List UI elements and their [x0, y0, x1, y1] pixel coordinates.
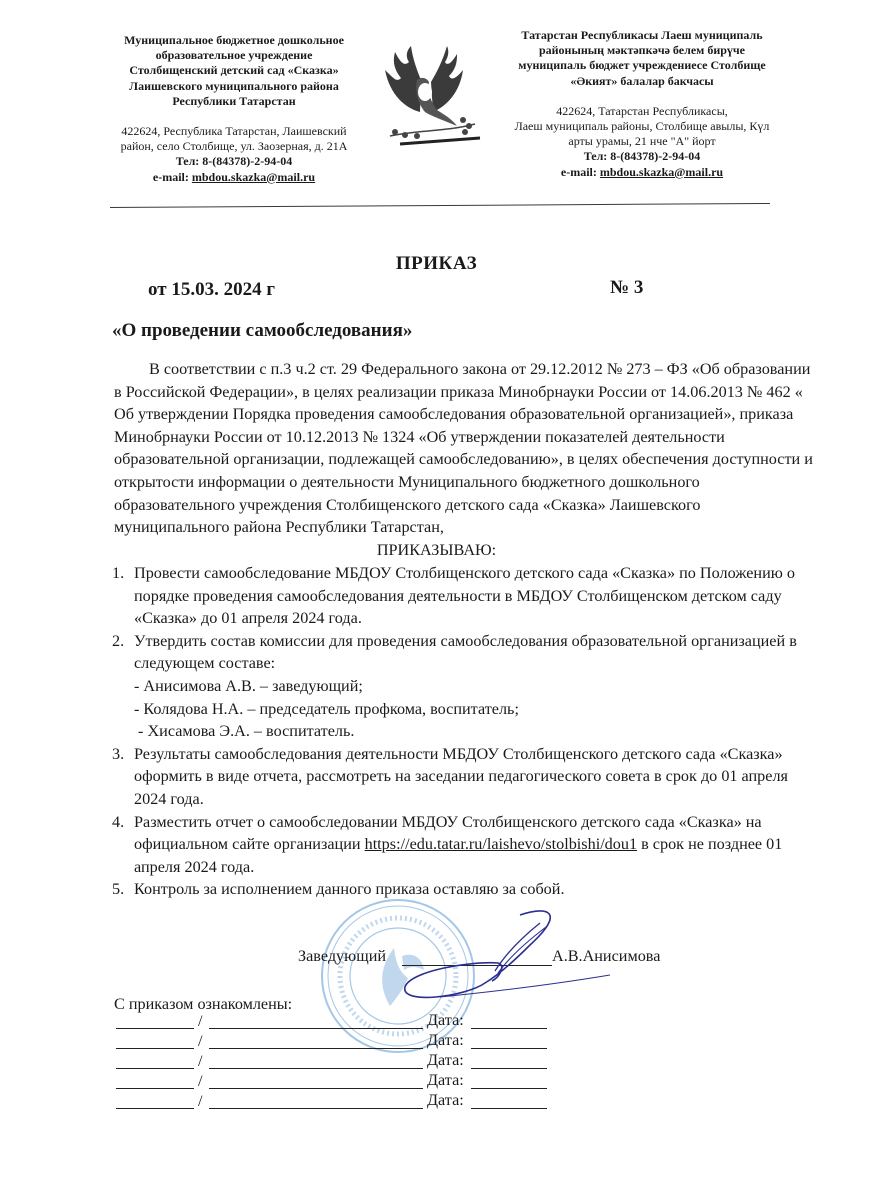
signatory-position: Заведующий — [298, 947, 386, 966]
item-number: 1. — [112, 562, 124, 585]
org-name-line: Татарстан Республикасы Лаеш муниципаль — [492, 28, 792, 43]
date-blank[interactable] — [471, 1028, 547, 1029]
name-blank[interactable] — [209, 1028, 423, 1029]
phone: Тел: 8-(84378)-2-94-04 — [492, 149, 792, 164]
commission-member: - Хисамова Э.А. – воспитатель. — [112, 720, 812, 743]
signature-blank[interactable] — [116, 1048, 194, 1049]
name-blank[interactable] — [209, 1088, 423, 1089]
separator: / — [198, 1052, 203, 1071]
order-items-list: 1. Провести самообследование МБДОУ Столб… — [112, 562, 812, 901]
acknowledgement-row: / Дата: — [116, 1094, 556, 1113]
separator: / — [198, 1072, 203, 1091]
signature-blank[interactable] — [116, 1068, 194, 1069]
preamble-paragraph: В соответствии с п.3 ч.2 ст. 29 Федераль… — [114, 358, 814, 539]
phoenix-bird-emblem-icon — [365, 40, 490, 165]
item-number: 2. — [112, 630, 124, 653]
email-label: e-mail: — [153, 170, 192, 184]
name-blank[interactable] — [209, 1108, 423, 1109]
date-blank[interactable] — [471, 1088, 547, 1089]
item-number: 5. — [112, 878, 124, 901]
address-line: 422624, Республика Татарстан, Лаишевский — [105, 124, 363, 139]
org-name-line: муниципаль бюджет учреждениесе Столбище — [492, 58, 792, 73]
signature-blank[interactable] — [116, 1108, 194, 1109]
org-name-line: Республики Татарстан — [105, 94, 363, 109]
phone: Тел: 8-(84378)-2-94-04 — [105, 154, 363, 169]
email-link[interactable]: mbdou.skazka@mail.ru — [192, 170, 315, 184]
document-title: ПРИКАЗ — [0, 253, 873, 275]
preamble-text: В соответствии с п.3 ч.2 ст. 29 Федераль… — [114, 360, 813, 536]
order-item: 4. Разместить отчет о самообследовании М… — [112, 811, 812, 879]
handwritten-signature-icon — [380, 905, 620, 1015]
document-subject: «О проведении самообследования» — [112, 320, 412, 342]
order-item: 2. Утвердить состав комиссии для проведе… — [112, 630, 812, 675]
email-row: e-mail: mbdou.skazka@mail.ru — [105, 170, 363, 185]
order-item: 3. Результаты самообследования деятельно… — [112, 743, 812, 811]
org-name-line: образовательное учреждение — [105, 48, 363, 63]
address-line: 422624, Татарстан Республикасы, — [492, 104, 792, 119]
acknowledgement-row: / Дата: — [116, 1014, 556, 1033]
date-blank[interactable] — [471, 1048, 547, 1049]
separator: / — [198, 1092, 203, 1111]
email-row: e-mail: mbdou.skazka@mail.ru — [492, 165, 792, 180]
date-label: Дата: — [427, 1051, 464, 1070]
date-label: Дата: — [427, 1071, 464, 1090]
commission-member: - Анисимова А.В. – заведующий; — [112, 675, 812, 698]
signature-blank[interactable] — [116, 1088, 194, 1089]
date-label: Дата: — [427, 1031, 464, 1050]
org-name-line: Столбищенский детский сад «Сказка» — [105, 63, 363, 78]
date-blank[interactable] — [471, 1108, 547, 1109]
header-right-org-block: Татарстан Республикасы Лаеш муниципаль р… — [492, 28, 792, 180]
acknowledgement-row: / Дата: — [116, 1074, 556, 1093]
date-blank[interactable] — [471, 1068, 547, 1069]
acknowledgement-label: С приказом ознакомлены: — [114, 995, 292, 1014]
acknowledgement-row: / Дата: — [116, 1034, 556, 1053]
header-divider — [110, 203, 770, 208]
address-line: Лаеш муниципаль районы, Столбище авылы, … — [492, 119, 792, 134]
email-link[interactable]: mbdou.skazka@mail.ru — [600, 165, 723, 179]
org-name-line: Муниципальное бюджетное дошкольное — [105, 33, 363, 48]
item-text: Утвердить состав комиссии для проведения… — [134, 632, 797, 673]
item-number: 4. — [112, 811, 124, 834]
item-text: Провести самообследование МБДОУ Столбище… — [134, 564, 795, 627]
document-date: от 15.03. 2024 г — [148, 279, 275, 301]
date-label: Дата: — [427, 1011, 464, 1030]
item-number: 3. — [112, 743, 124, 766]
email-label: e-mail: — [561, 165, 600, 179]
name-blank[interactable] — [209, 1048, 423, 1049]
separator: / — [198, 1012, 203, 1031]
org-name-line: Лаишевского муниципального района — [105, 79, 363, 94]
separator: / — [198, 1032, 203, 1051]
org-name-line: «Әкият» балалар бакчасы — [492, 74, 792, 89]
name-blank[interactable] — [209, 1068, 423, 1069]
decree-word: ПРИКАЗЫВАЮ: — [0, 539, 873, 562]
address-line: арты урамы, 21 нче "А" йорт — [492, 134, 792, 149]
item-text: Результаты самообследования деятельности… — [134, 745, 788, 808]
header-left-org-block: Муниципальное бюджетное дошкольное образ… — [105, 33, 363, 185]
date-label: Дата: — [427, 1091, 464, 1110]
acknowledgement-row: / Дата: — [116, 1054, 556, 1073]
document-number: № 3 — [610, 277, 643, 299]
order-item: 1. Провести самообследование МБДОУ Столб… — [112, 562, 812, 630]
org-name-line: районының мәктәпкәчә белем бирүче — [492, 43, 792, 58]
signature-blank[interactable] — [116, 1028, 194, 1029]
website-link[interactable]: https://edu.tatar.ru/laishevo/stolbishi/… — [365, 835, 637, 853]
address-line: район, село Столбище, ул. Заозерная, д. … — [105, 139, 363, 154]
commission-member: - Колядова Н.А. – председатель профкома,… — [112, 698, 812, 721]
